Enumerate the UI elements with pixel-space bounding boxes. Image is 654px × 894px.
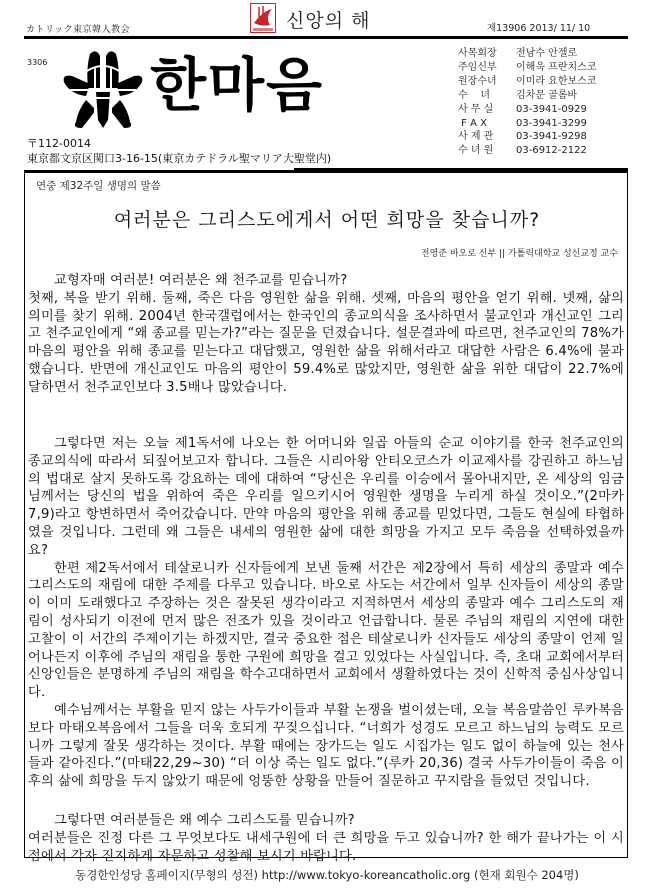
staff-row: 수 녀 원03-6912-2122 bbox=[458, 144, 596, 158]
article-section-2: 그렇다면 저는 오늘 제1독서에 나오는 한 어머니와 일곱 아들의 순교 이야… bbox=[28, 435, 624, 791]
staff-row: 사목회장전남수 안젤로 bbox=[458, 47, 596, 61]
issue-number-date: 제13906 2013/ 11/ 10 bbox=[487, 20, 590, 34]
street-address: 東京都文京区関口3-16-15(東京カテドラル聖マリア大聖堂内) bbox=[27, 151, 331, 166]
staff-row: 사 제 관03-3941-9298 bbox=[458, 130, 596, 144]
staff-role: 수 녀 bbox=[458, 89, 510, 103]
staff-value: 김차문 골롬바 bbox=[516, 89, 577, 103]
postal-address: 〒112-0014 東京都文京区関口3-16-15(東京カテドラル聖マリア大聖堂… bbox=[27, 136, 331, 166]
staff-row: 원장수녀이미라 요한보스코 bbox=[458, 75, 596, 89]
staff-role: 사 무 실 bbox=[458, 103, 510, 117]
staff-value: 03-3941-9298 bbox=[516, 130, 587, 144]
newsletter-masthead: 한마음 bbox=[150, 45, 324, 125]
article-paragraph: 첫째, 복을 받기 위해. 둘째, 죽은 다음 영원한 삶을 위해. 셋째, 마… bbox=[28, 290, 624, 397]
article-section-3: 그렇다면 여러분들은 왜 예수 그리스도를 믿습니까? 여러분들은 진정 다른 … bbox=[28, 812, 624, 865]
staff-role: 사목회장 bbox=[458, 47, 510, 61]
staff-directory: 사목회장전남수 안젤로 주임신부이해욱 프란치스코 원장수녀이미라 요한보스코 … bbox=[458, 47, 596, 158]
staff-row: F A X03-3941-3299 bbox=[458, 117, 596, 131]
footer-website-info: 동경한인성당 홈페이지(무형의 성전) http://www.tokyo-kor… bbox=[0, 867, 654, 883]
article-paragraph: 교형자매 여러분! 여러분은 왜 천주교를 믿습니까? bbox=[28, 272, 624, 290]
year-of-faith-title: 신앙의 해 bbox=[286, 6, 370, 33]
year-of-faith-logo-icon bbox=[250, 3, 276, 33]
staff-role: 원장수녀 bbox=[458, 75, 510, 89]
staff-value: 전남수 안젤로 bbox=[516, 47, 577, 61]
article-title: 여러분은 그리스도에게서 어떤 희망을 찾습니까? bbox=[0, 205, 654, 232]
article-paragraph: 그렇다면 저는 오늘 제1독서에 나오는 한 어머니와 일곱 아들의 순교 이야… bbox=[28, 435, 624, 560]
article-paragraph: 여러분들은 진정 다른 그 무엇보다도 내세구원에 더 큰 희망을 두고 있습니… bbox=[28, 830, 624, 866]
staff-role: F A X bbox=[458, 117, 510, 131]
staff-role: 수 녀 원 bbox=[458, 144, 510, 158]
church-logo-icon bbox=[60, 48, 146, 130]
staff-value: 이해욱 프란치스코 bbox=[516, 61, 596, 75]
church-name: カトリック東京韓人教会 bbox=[26, 22, 130, 35]
staff-role: 사 제 관 bbox=[458, 130, 510, 144]
staff-value: 이미라 요한보스코 bbox=[516, 75, 596, 89]
article-paragraph: 그렇다면 여러분들은 왜 예수 그리스도를 믿습니까? bbox=[28, 812, 624, 830]
staff-value: 03-3941-3299 bbox=[516, 117, 587, 131]
top-rule bbox=[24, 36, 628, 39]
article-paragraph: 예수님께서는 부활을 믿지 않는 사두가이들과 부활 논쟁을 벌이셨는데, 오늘… bbox=[28, 702, 624, 791]
article-byline: 전영준 바오로 신부 || 가톨릭대학교 성신교정 교수 bbox=[421, 246, 618, 259]
staff-row: 사 무 실03-3941-0929 bbox=[458, 103, 596, 117]
article-paragraph: 한편 제2독서에서 테살로니카 신자들에게 보낸 둘째 서간은 제2장에서 특히… bbox=[28, 560, 624, 702]
issue-code: 3306 bbox=[27, 58, 47, 67]
staff-role: 주임신부 bbox=[458, 61, 510, 75]
postal-code: 〒112-0014 bbox=[27, 136, 331, 151]
staff-row: 수 녀김차문 골롬바 bbox=[458, 89, 596, 103]
staff-row: 주임신부이해욱 프란치스코 bbox=[458, 61, 596, 75]
article-series: 연중 제32주일 생명의 말씀 bbox=[36, 178, 161, 193]
staff-value: 03-3941-0929 bbox=[516, 103, 587, 117]
article-section-1: 교형자매 여러분! 여러분은 왜 천주교를 믿습니까? 첫째, 복을 받기 위해… bbox=[28, 272, 624, 397]
staff-value: 03-6912-2122 bbox=[516, 144, 587, 158]
